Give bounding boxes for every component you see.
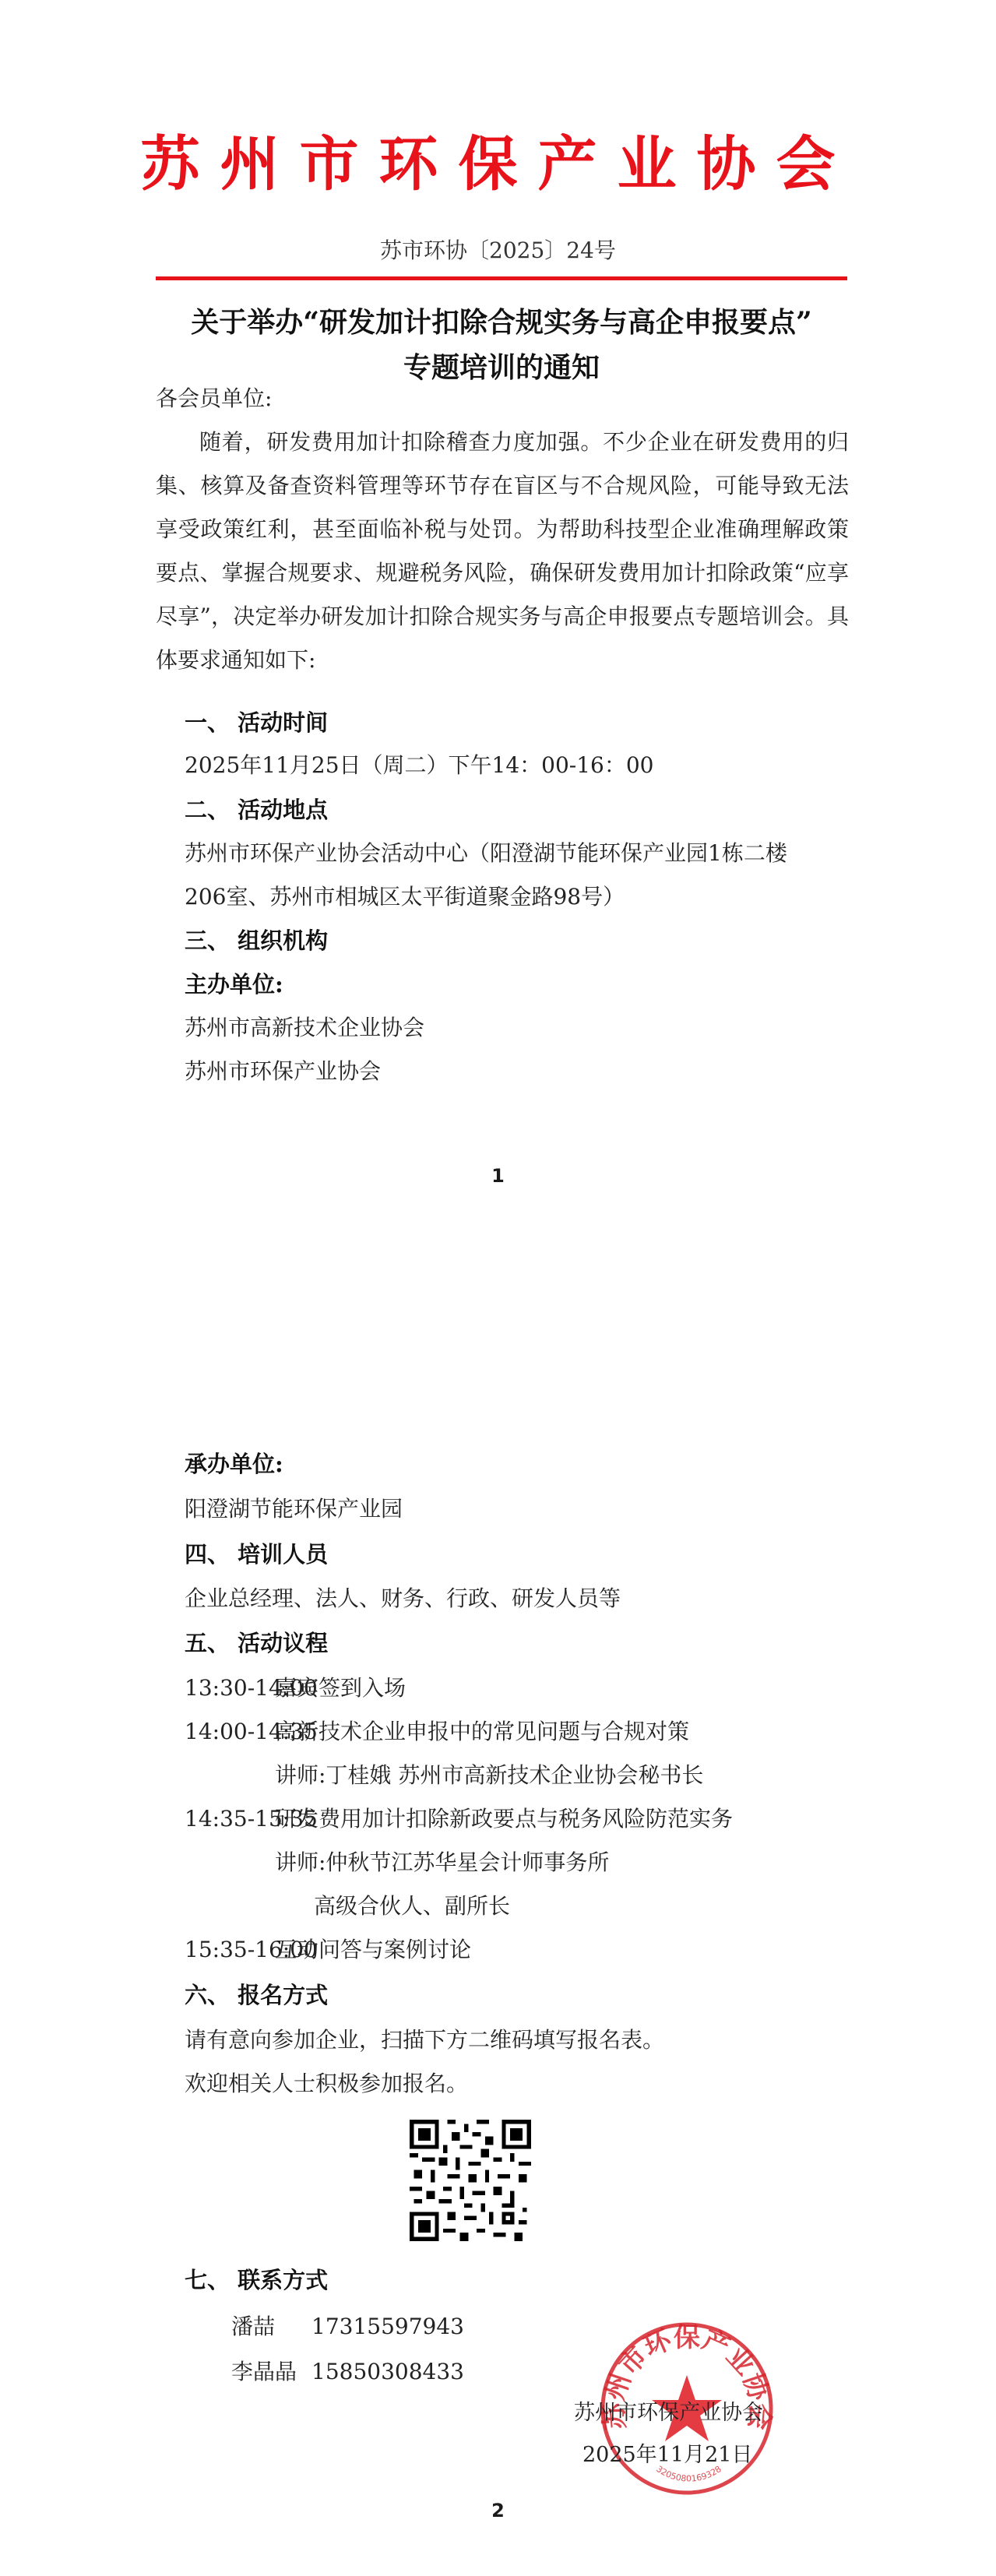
section-heading-agenda: 五、 活动议程 [185,1621,328,1665]
event-time: 2025年11月25日（周二）下午14：00-16：00 [185,744,654,787]
notice-title-line1: 关于举办“研发加计扣除合规实务与高企申报要点” [156,300,847,345]
host-2: 苏州市环保产业协会 [185,1050,381,1093]
signature-date: 2025年11月21日 [582,2437,752,2468]
host-1: 苏州市高新技术企业协会 [185,1006,424,1050]
organizer-label: 承办单位: [185,1442,283,1486]
event-place-line2: 206室、苏州市相城区太平街道聚金路98号） [185,875,625,919]
section-heading-signup: 六、 报名方式 [185,1973,328,2017]
section-heading-time: 一、 活动时间 [185,701,328,744]
intro-paragraph: 随着，研发费用加计扣除稽查力度加强。不少企业在研发费用的归集、核算及备查资料管理… [156,421,849,682]
page-number-1: 1 [0,1165,996,1187]
agenda-topic-1-text: 嘉宾签到入场 [275,1666,406,1710]
section-heading-place: 二、 活动地点 [185,788,328,832]
attendees: 企业总经理、法人、财务、行政、研发人员等 [185,1577,621,1621]
section-heading-org: 三、 组织机构 [185,919,328,962]
salutation: 各会员单位: [156,377,272,421]
agenda-topic-4: 互动问答与案例讨论 [275,1928,471,1972]
agenda-speaker-3-cont: 高级合伙人、副所长 [314,1884,510,1928]
signup-welcome: 欢迎相关人士积极参加报名。 [185,2062,468,2106]
contact-name-2: 李晶晶 [231,2350,297,2394]
page-number-2: 2 [0,2500,996,2521]
agenda-topic-3: 研发费用加计扣除新政要点与税务风险防范实务 [275,1797,733,1841]
signup-instruction: 请有意向参加企业，扫描下方二维码填写报名表。 [185,2018,664,2062]
agenda-speaker-2: 讲师:丁桂娥 苏州市高新技术企业协会秘书长 [275,1754,703,1797]
host-label: 主办单位: [185,962,283,1006]
section-heading-contact: 七、 联系方式 [185,2258,328,2302]
letterhead-divider [156,276,847,280]
contact-name-1: 潘喆 [231,2305,275,2349]
section-heading-attendees: 四、 培训人员 [185,1533,328,1576]
qr-code-icon[interactable] [410,2120,531,2241]
org-letterhead-title: 苏州市环保产业协会 [0,117,996,202]
document-number: 苏市环协〔2025〕24号 [0,234,996,265]
event-place-line1: 苏州市环保产业协会活动中心（阳澄湖节能环保产业园1栋二楼 [185,832,787,875]
agenda-topic-2: 高新技术企业申报中的常见问题与合规对策 [275,1710,689,1754]
agenda-speaker-3: 讲师:仲秋节江苏华星会计师事务所 [275,1841,609,1884]
organizer-1: 阳澄湖节能环保产业园 [185,1487,403,1531]
contact-phone-2[interactable]: 15850308433 [311,2350,464,2394]
signer-org: 苏州市环保产业协会 [574,2395,763,2426]
contact-phone-1[interactable]: 17315597943 [311,2305,464,2349]
